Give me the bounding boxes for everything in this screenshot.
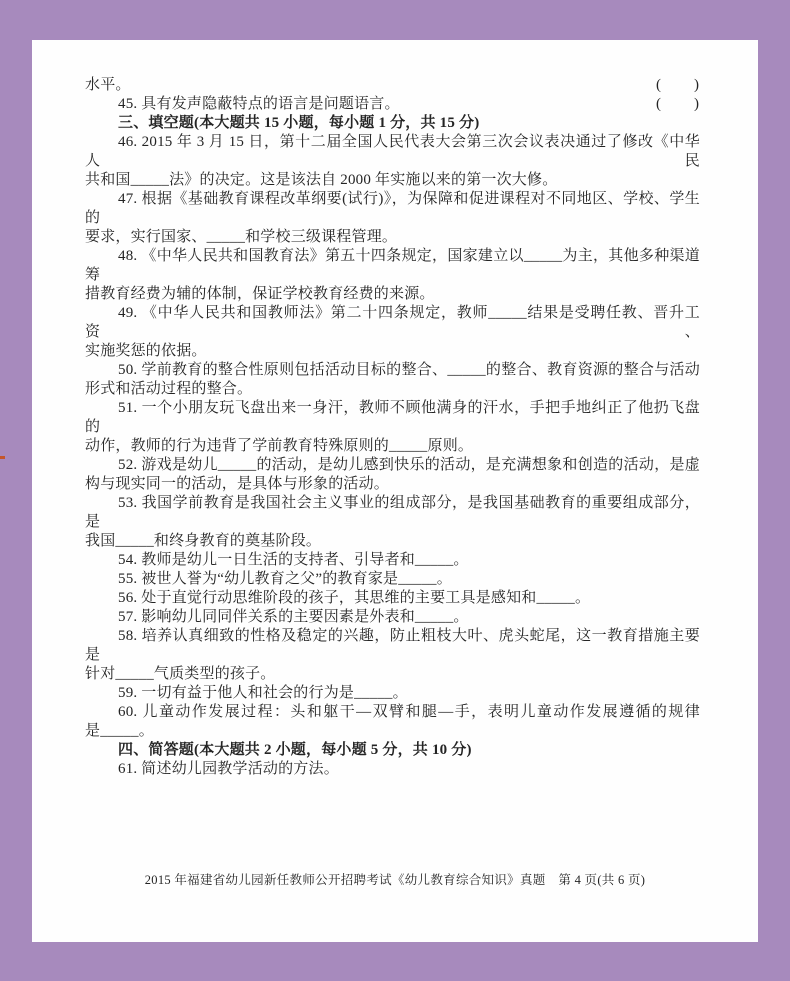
scan-artifact-mark	[0, 456, 5, 459]
question-57: 57. 影响幼儿同同伴关系的主要因素是外表和_____。	[85, 608, 700, 627]
question-48: 48. 《中华人民共和国教育法》第五十四条规定，国家建立以_____为主，其他多…	[85, 247, 700, 285]
line-text: 水平。	[85, 77, 131, 93]
scanned-page-background: { "theme": { "border_color": "#a78abd", …	[0, 0, 790, 981]
question-47: 47. 根据《基础教育课程改革纲要(试行)》，为保障和促进课程对不同地区、学校、…	[85, 190, 700, 228]
question-51-continued: 动作，教师的行为违背了学前教育特殊原则的_____原则。	[85, 437, 700, 456]
question-51: 51. 一个小朋友玩飞盘出来一身汗，教师不顾他满身的汗水，手把手地纠正了他扔飞盘…	[85, 399, 700, 437]
answer-brackets: ( )	[656, 76, 700, 95]
question-47-continued: 要求，实行国家、_____和学校三级课程管理。	[85, 228, 700, 247]
question-59: 59. 一切有益于他人和社会的行为是_____。	[85, 684, 700, 703]
question-53: 53. 我国学前教育是我国社会主义事业的组成部分，是我国基础教育的重要组成部分，…	[85, 494, 700, 532]
question-56: 56. 处于直觉行动思维阶段的孩子，其思维的主要工具是感知和_____。	[85, 589, 700, 608]
question-46: 46. 2015 年 3 月 15 日，第十二届全国人民代表大会第三次会议表决通…	[85, 133, 700, 171]
question-58-continued: 针对_____气质类型的孩子。	[85, 665, 700, 684]
page-footer: 2015 年福建省幼儿园新任教师公开招聘考试《幼儿教育综合知识》真题 第 4 页…	[32, 870, 758, 888]
question-49: 49. 《中华人民共和国教师法》第二十四条规定，教师_____结果是受聘任教、晋…	[85, 304, 700, 342]
text-line: 水平。( )	[85, 76, 700, 95]
question-55: 55. 被世人誉为“幼儿教育之父”的教育家是_____。	[85, 570, 700, 589]
line-text: 45. 具有发声隐蔽特点的语言是问题语言。	[118, 96, 400, 112]
question-49-continued: 实施奖惩的依据。	[85, 342, 700, 361]
section-heading-short-answer: 四、简答题(本大题共 2 小题，每小题 5 分，共 10 分)	[85, 741, 700, 760]
document-body: 水平。( ) 45. 具有发声隐蔽特点的语言是问题语言。( ) 三、填空题(本大…	[85, 76, 700, 779]
question-60: 60. 儿童动作发展过程：头和躯干—双臂和腿—手，表明儿童动作发展遵循的规律	[85, 703, 700, 722]
question-54: 54. 教师是幼儿一日生活的支持者、引导者和_____。	[85, 551, 700, 570]
question-48-continued: 措教育经费为辅的体制，保证学校教育经费的来源。	[85, 285, 700, 304]
question-61: 61. 简述幼儿园教学活动的方法。	[85, 760, 700, 779]
question-52-continued: 构与现实同一的活动，是具体与形象的活动。	[85, 475, 700, 494]
question-58: 58. 培养认真细致的性格及稳定的兴趣，防止粗枝大叶、虎头蛇尾，这一教育措施主要…	[85, 627, 700, 665]
question-52: 52. 游戏是幼儿_____的活动，是幼儿感到快乐的活动，是充满想象和创造的活动…	[85, 456, 700, 475]
exam-paper-page: 水平。( ) 45. 具有发声隐蔽特点的语言是问题语言。( ) 三、填空题(本大…	[32, 40, 758, 942]
question-46-continued: 共和国_____法》的决定。这是该法自 2000 年实施以来的第一次大修。	[85, 171, 700, 190]
question-50-continued: 形式和活动过程的整合。	[85, 380, 700, 399]
question-53-continued: 我国_____和终身教育的奠基阶段。	[85, 532, 700, 551]
question-60-continued: 是_____。	[85, 722, 700, 741]
question-45: 45. 具有发声隐蔽特点的语言是问题语言。( )	[85, 95, 700, 114]
section-heading-fill-in: 三、填空题(本大题共 15 小题，每小题 1 分，共 15 分)	[85, 114, 700, 133]
answer-brackets: ( )	[656, 95, 700, 114]
question-50: 50. 学前教育的整合性原则包括活动目标的整合、_____的整合、教育资源的整合…	[85, 361, 700, 380]
